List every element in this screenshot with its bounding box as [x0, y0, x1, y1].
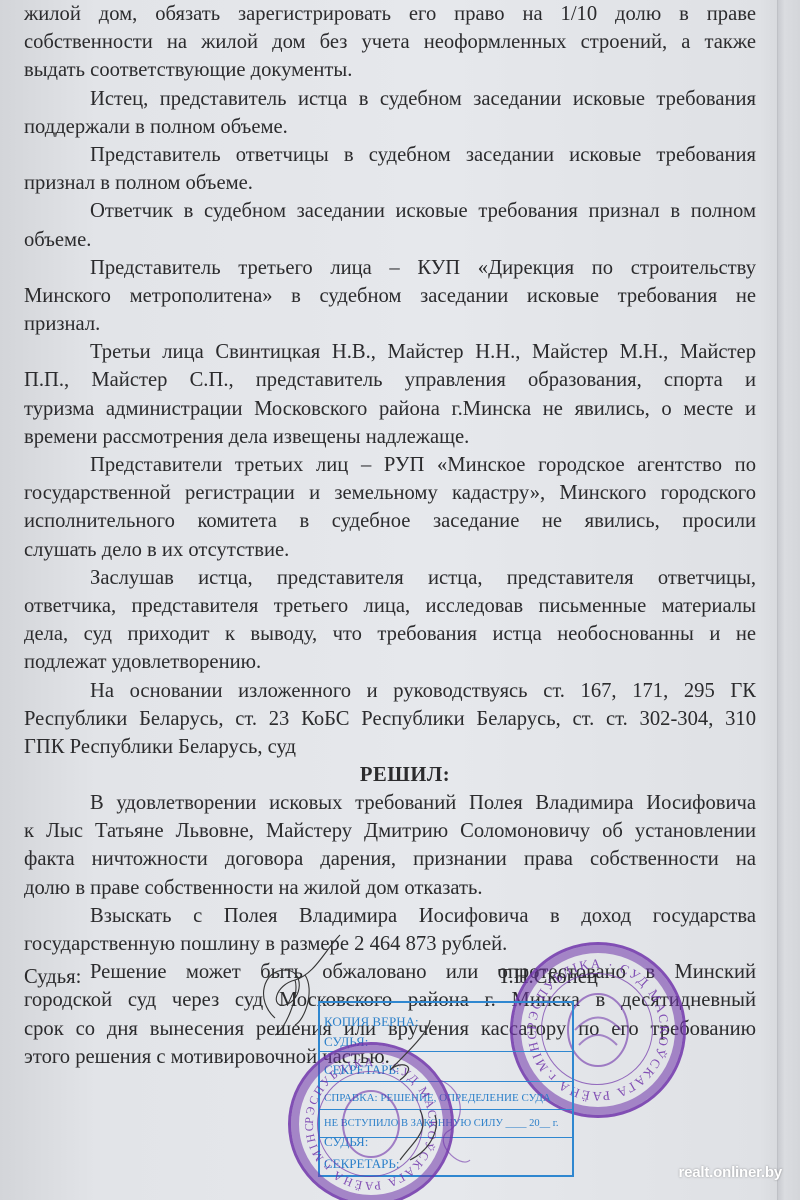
text-line: Минского метрополитена» в судебном засед…: [24, 282, 756, 310]
paragraph: В удовлетворении исковых требований Поле…: [24, 789, 756, 902]
text-line: ГПК Республики Беларусь, суд: [24, 733, 756, 761]
text-line: исполнительного комитета в судебное засе…: [24, 507, 756, 535]
judge-label: Судья:: [24, 966, 81, 989]
text-line: собственности на жилой дом без учета нео…: [24, 28, 756, 56]
text-line: Ответчик в судебном заседании исковые тр…: [24, 197, 756, 225]
text-line: На основании изложенного и руководствуяс…: [24, 677, 756, 705]
watermark: realt.onliner.by: [679, 1164, 783, 1181]
paragraph: Третьи лица Свинтицкая Н.В., Майстер Н.Н…: [24, 338, 756, 451]
text-line: П.П., Майстер С.П., представитель управл…: [24, 366, 756, 394]
text-line: В удовлетворении исковых требований Поле…: [24, 789, 756, 817]
paragraph: На основании изложенного и руководствуяс…: [24, 677, 756, 762]
text-line: подлежат удовлетворению.: [24, 648, 756, 676]
secretary-signature: [370, 1020, 490, 1180]
text-line: Республики Беларусь, ст. 23 КоБС Республ…: [24, 705, 756, 733]
court-decision-document: жилой дом, обязать зарегистрировать его …: [24, 0, 756, 1071]
text-line: Взыскать с Полея Владимира Иосифовича в …: [24, 902, 756, 930]
text-line: Третьи лица Свинтицкая Н.В., Майстер Н.Н…: [24, 338, 756, 366]
text-line: жилой дом, обязать зарегистрировать его …: [24, 0, 756, 28]
text-line: туризма администрации Московского района…: [24, 395, 756, 423]
text-line: Представитель третьего лица – КУП «Дирек…: [24, 254, 756, 282]
paragraph: Представитель третьего лица – КУП «Дирек…: [24, 254, 756, 339]
text-line: дела, суд приходит к выводу, что требова…: [24, 620, 756, 648]
paragraph: Заслушав истца, представителя истца, пре…: [24, 564, 756, 677]
text-line: ответчика, представителя третьего лица, …: [24, 592, 756, 620]
paragraph: Истец, представитель истца в судебном за…: [24, 85, 756, 141]
text-line: факта ничтожности договора дарения, приз…: [24, 845, 756, 873]
text-line: признал в полном объеме.: [24, 169, 756, 197]
paragraph: Представители третьих лиц – РУП «Минское…: [24, 451, 756, 564]
paragraph: Ответчик в судебном заседании исковые тр…: [24, 197, 756, 253]
paragraph: жилой дом, обязать зарегистрировать его …: [24, 0, 756, 85]
text-line: долю в праве собственности на жилой дом …: [24, 874, 756, 902]
paragraph: Представитель ответчицы в судебном засед…: [24, 141, 756, 197]
text-line: Представители третьих лиц – РУП «Минское…: [24, 451, 756, 479]
text-line: к Лыс Татьяне Львовне, Майстеру Дмитрию …: [24, 817, 756, 845]
text-line: объеме.: [24, 226, 756, 254]
text-line: Истец, представитель истца в судебном за…: [24, 85, 756, 113]
text-line: государственной регистрации и земельному…: [24, 479, 756, 507]
text-line: признал.: [24, 310, 756, 338]
text-line: выдать соответствующие документы.: [24, 56, 756, 84]
text-line: поддержали в полном объеме.: [24, 113, 756, 141]
text-line: Заслушав истца, представителя истца, пре…: [24, 564, 756, 592]
text-line: Представитель ответчицы в судебном засед…: [24, 141, 756, 169]
page-edge: [777, 0, 800, 1200]
decision-heading: РЕШИЛ:: [24, 761, 756, 789]
text-line: слушать дело в их отсутствие.: [24, 536, 756, 564]
text-line: времени рассмотрения дела извещены надле…: [24, 423, 756, 451]
